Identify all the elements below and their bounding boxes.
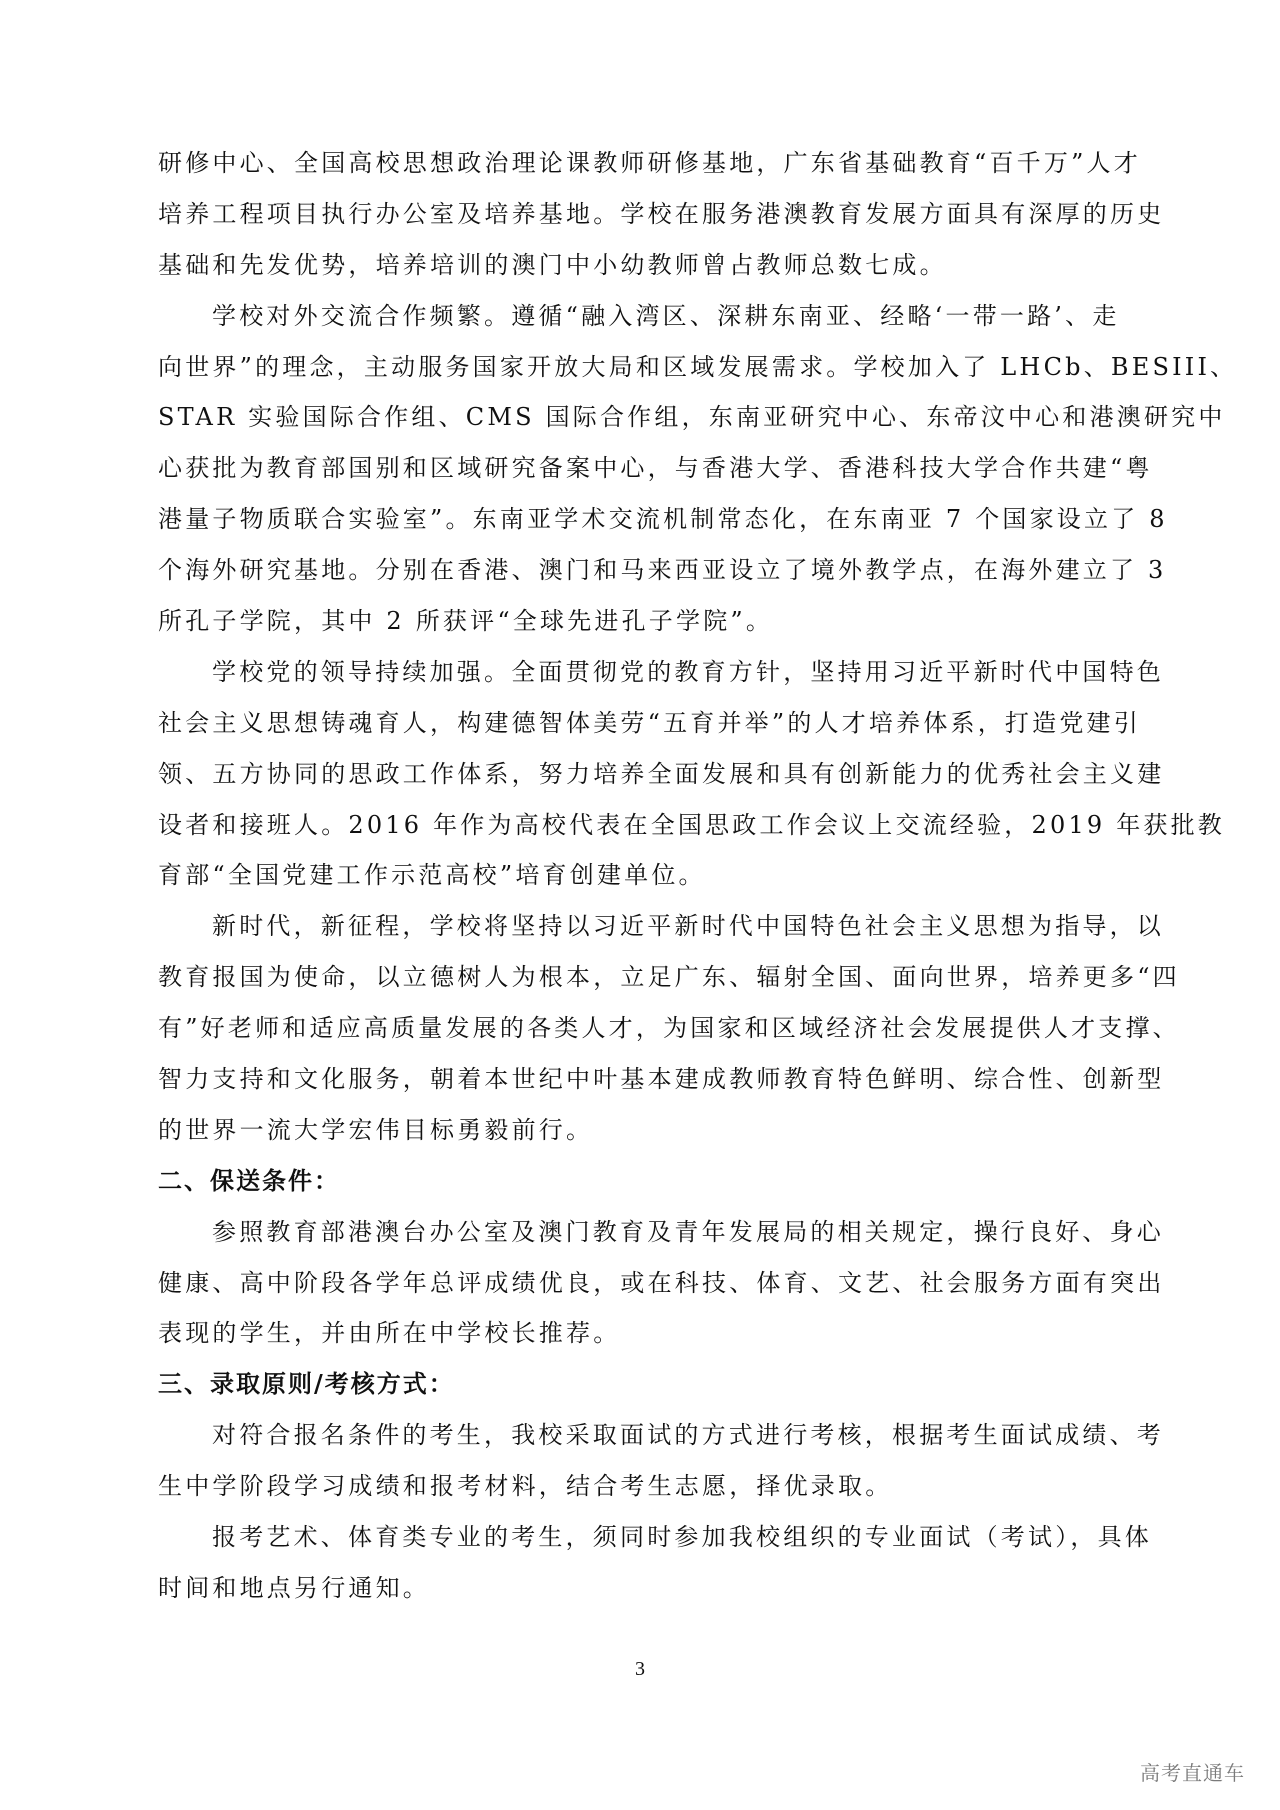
text-line: 所孔子学院，其中 2 所获评“全球先进孔子学院”。 <box>158 596 1114 647</box>
section-heading-admission-conditions: 二、保送条件： <box>158 1156 1114 1207</box>
watermark: 高考直通车 <box>1140 1757 1245 1786</box>
text-line: 港量子物质联合实验室”。东南亚学术交流机制常态化，在东南亚 7 个国家设立了 8 <box>158 494 1114 545</box>
text-line: STAR 实验国际合作组、CMS 国际合作组，东南亚研究中心、东帝汶中心和港澳研… <box>158 392 1114 443</box>
text-line: 心获批为教育部国别和区域研究备案中心，与香港大学、香港科技大学合作共建“粤 <box>158 443 1114 494</box>
text-line: 健康、高中阶段各学年总评成绩优良，或在科技、体育、文艺、社会服务方面有突出 <box>158 1258 1114 1309</box>
paragraph-start-line: 对符合报名条件的考生，我校采取面试的方式进行考核，根据考生面试成绩、考 <box>158 1410 1114 1461</box>
paragraph-start-line: 学校党的领导持续加强。全面贯彻党的教育方针，坚持用习近平新时代中国特色 <box>158 647 1114 698</box>
paragraph-start-line: 参照教育部港澳台办公室及澳门教育及青年发展局的相关规定，操行良好、身心 <box>158 1207 1114 1258</box>
text-line: 研修中心、全国高校思想政治理论课教师研修基地，广东省基础教育“百千万”人才 <box>158 138 1114 189</box>
document-body: 研修中心、全国高校思想政治理论课教师研修基地，广东省基础教育“百千万”人才 培养… <box>158 138 1114 1614</box>
text-line: 有”好老师和适应高质量发展的各类人才，为国家和区域经济社会发展提供人才支撑、 <box>158 1003 1114 1054</box>
page-number: 3 <box>0 1658 1280 1681</box>
paragraph-start-line: 报考艺术、体育类专业的考生，须同时参加我校组织的专业面试（考试），具体 <box>158 1512 1114 1563</box>
text-line: 培养工程项目执行办公室及培养基地。学校在服务港澳教育发展方面具有深厚的历史 <box>158 189 1114 240</box>
text-line: 智力支持和文化服务，朝着本世纪中叶基本建成教师教育特色鲜明、综合性、创新型 <box>158 1054 1114 1105</box>
text-line: 教育报国为使命，以立德树人为根本，立足广东、辐射全国、面向世界，培养更多“四 <box>158 952 1114 1003</box>
paragraph-start-line: 学校对外交流合作频繁。遵循“融入湾区、深耕东南亚、经略‘一带一路’、走 <box>158 291 1114 342</box>
paragraph-start-line: 新时代，新征程，学校将坚持以习近平新时代中国特色社会主义思想为指导，以 <box>158 901 1114 952</box>
text-line: 个海外研究基地。分别在香港、澳门和马来西亚设立了境外教学点，在海外建立了 3 <box>158 545 1114 596</box>
text-line: 领、五方协同的思政工作体系，努力培养全面发展和具有创新能力的优秀社会主义建 <box>158 749 1114 800</box>
text-line: 的世界一流大学宏伟目标勇毅前行。 <box>158 1105 1114 1156</box>
text-line: 向世界”的理念，主动服务国家开放大局和区域发展需求。学校加入了 LHCb、BES… <box>158 342 1114 393</box>
text-line: 设者和接班人。2016 年作为高校代表在全国思政工作会议上交流经验，2019 年… <box>158 800 1114 851</box>
text-line: 育部“全国党建工作示范高校”培育创建单位。 <box>158 850 1114 901</box>
text-line: 社会主义思想铸魂育人，构建德智体美劳“五育并举”的人才培养体系，打造党建引 <box>158 698 1114 749</box>
text-line: 时间和地点另行通知。 <box>158 1563 1114 1614</box>
text-line: 基础和先发优势，培养培训的澳门中小幼教师曾占教师总数七成。 <box>158 240 1114 291</box>
text-line: 表现的学生，并由所在中学校长推荐。 <box>158 1308 1114 1359</box>
text-line: 生中学阶段学习成绩和报考材料，结合考生志愿，择优录取。 <box>158 1461 1114 1512</box>
section-heading-admission-principles: 三、录取原则/考核方式： <box>158 1359 1114 1410</box>
document-page: 研修中心、全国高校思想政治理论课教师研修基地，广东省基础教育“百千万”人才 培养… <box>0 0 1280 1810</box>
